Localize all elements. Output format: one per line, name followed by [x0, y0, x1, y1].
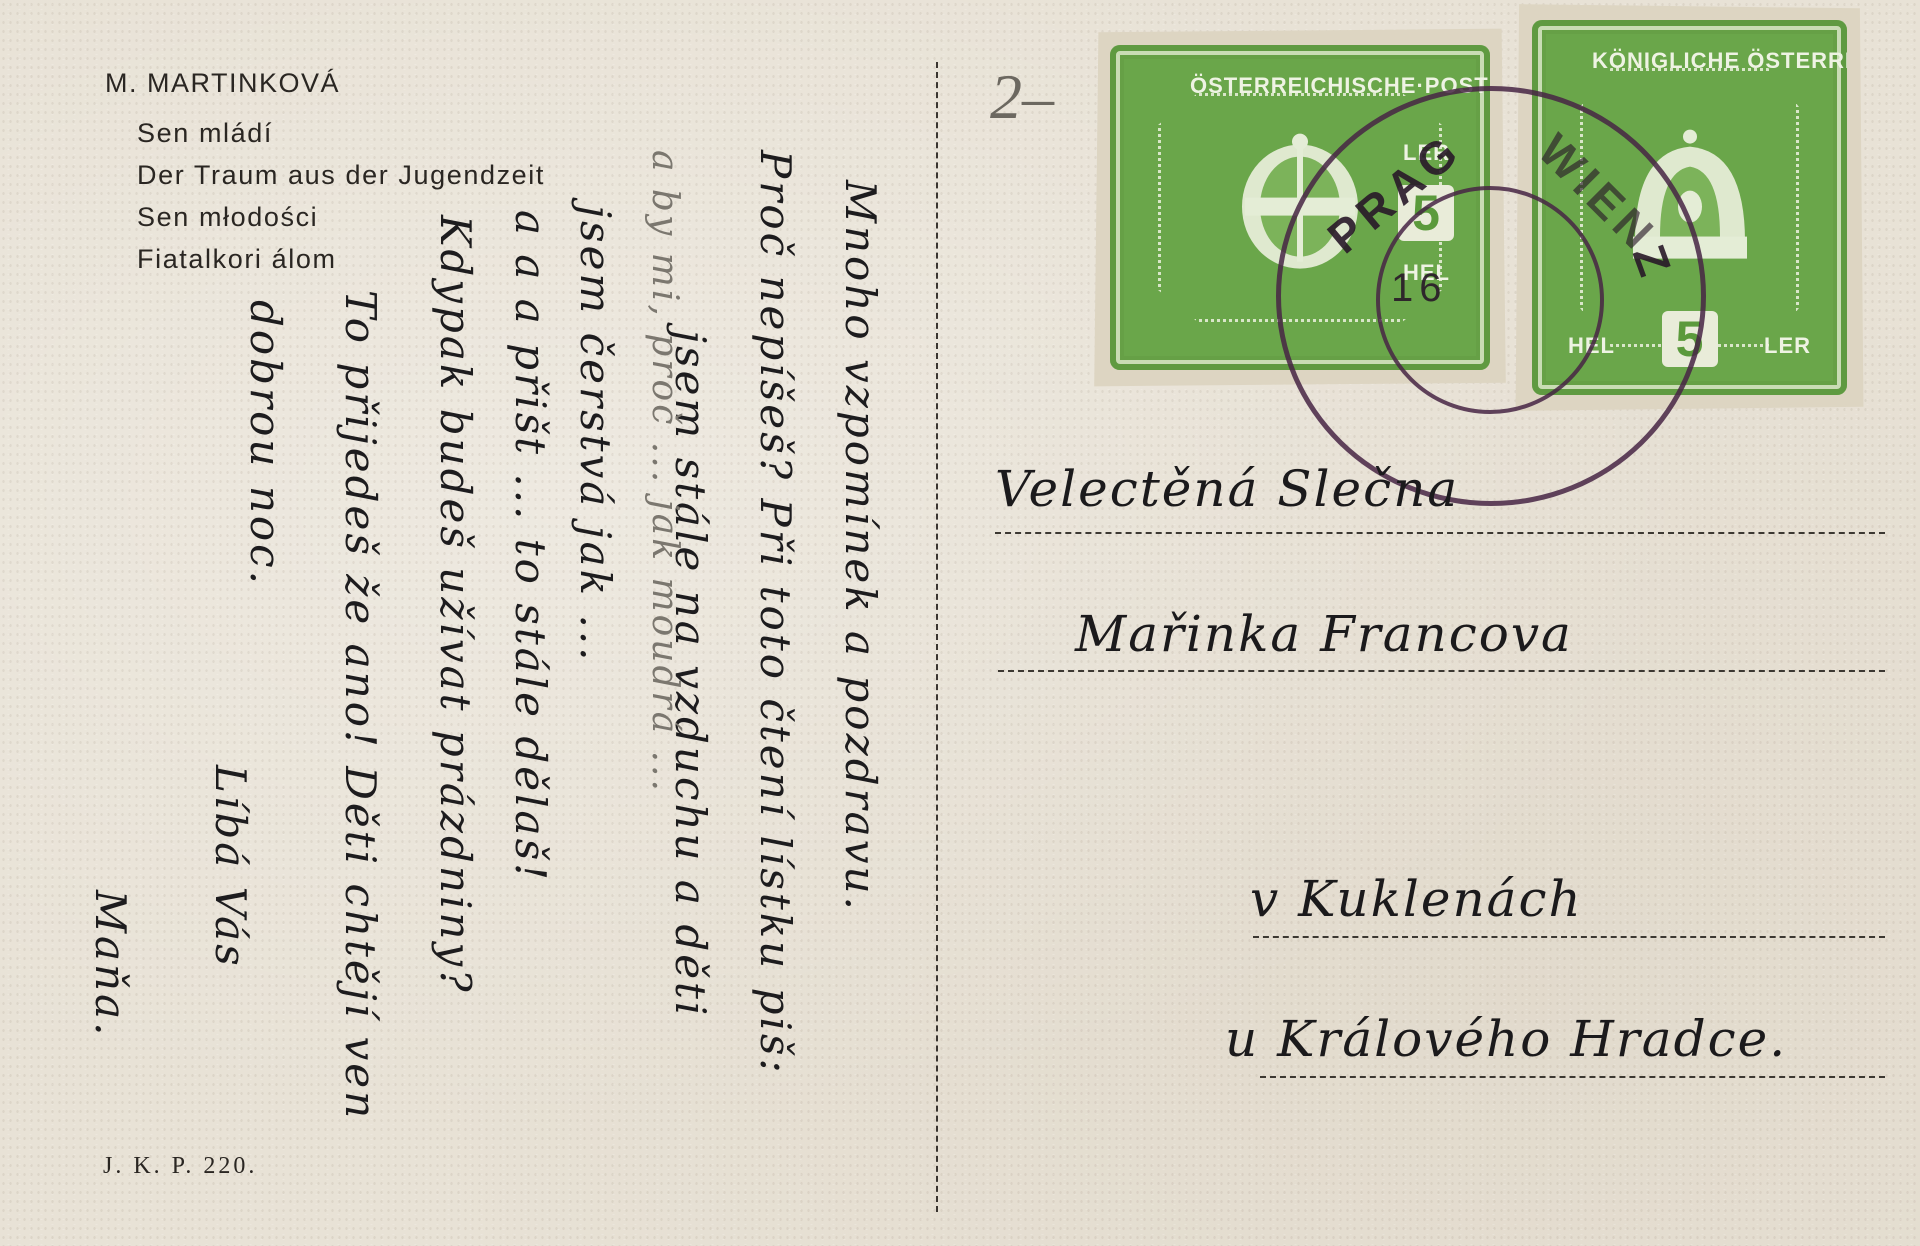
stamp-face: ÖSTERREICHISCHE·POST 5 HEL LER	[1110, 45, 1490, 370]
title-czech: Sen mládí	[137, 118, 273, 149]
message-line: Mnoho vzpomínek a pozdravu.	[836, 180, 885, 913]
stamp-5-heller-right: KÖNIGLICHE ÖSTERREICHISCHE·POST HEL 5 LE…	[1512, 0, 1867, 415]
stamp-text-top: KÖNIGLICHE ÖSTERREICHISCHE·POST	[1592, 48, 1847, 74]
title-german: Der Traum aus der Jugendzeit	[137, 160, 545, 191]
address-line-1	[995, 532, 1885, 534]
postcard-back: M. MARTINKOVÁ Sen mládí Der Traum aus de…	[0, 0, 1920, 1246]
stamp-unit-right: LER	[1764, 333, 1811, 359]
address-line-4	[1260, 1076, 1885, 1078]
message-line: dobrou noc.	[241, 300, 290, 587]
message-line: a a a přišt ... to stále dělaš!	[506, 210, 555, 883]
address-line-3	[1253, 936, 1885, 938]
address-salutation: Velectěná Slečna	[995, 460, 1459, 518]
crown-icon	[1225, 121, 1375, 281]
crown-icon	[1615, 121, 1765, 281]
title-polish: Sen młodości	[137, 202, 318, 233]
address-town: v Kuklenách	[1250, 870, 1583, 928]
stamp-denomination: 5	[1398, 185, 1454, 241]
message-faint-note: a by mi, proč ... jak moudrá ...	[644, 150, 685, 794]
address-name: Mařinka Francova	[1075, 605, 1573, 663]
message-line: Kdypak budeš užívat prázdniny?	[431, 215, 480, 995]
title-hungarian: Fiatalkori álom	[137, 244, 337, 275]
message-line: To přijedeš že ano! Děti chtějí ven	[336, 290, 385, 1121]
pencil-note: 2–	[990, 60, 1054, 134]
message-line: jsem čerstvá jak ...	[571, 205, 620, 664]
stamp-text-top: ÖSTERREICHISCHE·POST	[1190, 73, 1489, 99]
stamp-unit-left: HEL	[1403, 260, 1450, 286]
address-line-2	[998, 670, 1885, 672]
artist-name: M. MARTINKOVÁ	[105, 68, 340, 99]
divider-line	[936, 62, 938, 1212]
message-signoff: Líbá Vás	[206, 765, 255, 969]
publisher-code: J. K. P. 220.	[103, 1153, 257, 1180]
stamp-denomination: 5	[1662, 311, 1718, 367]
stamp-face: KÖNIGLICHE ÖSTERREICHISCHE·POST HEL 5 LE…	[1532, 20, 1847, 395]
stamp-unit-right: LER	[1403, 140, 1450, 166]
address-region: u Králového Hradce.	[1225, 1010, 1787, 1068]
stamp-5-heller-left: ÖSTERREICHISCHE·POST 5 HEL LER	[1090, 25, 1510, 390]
stamp-unit-left: HEL	[1568, 333, 1615, 359]
message-signature: Maňa.	[86, 890, 135, 1039]
message-line: Proč nepíšeš? Při toto čtení lístku piš:	[751, 150, 800, 1076]
